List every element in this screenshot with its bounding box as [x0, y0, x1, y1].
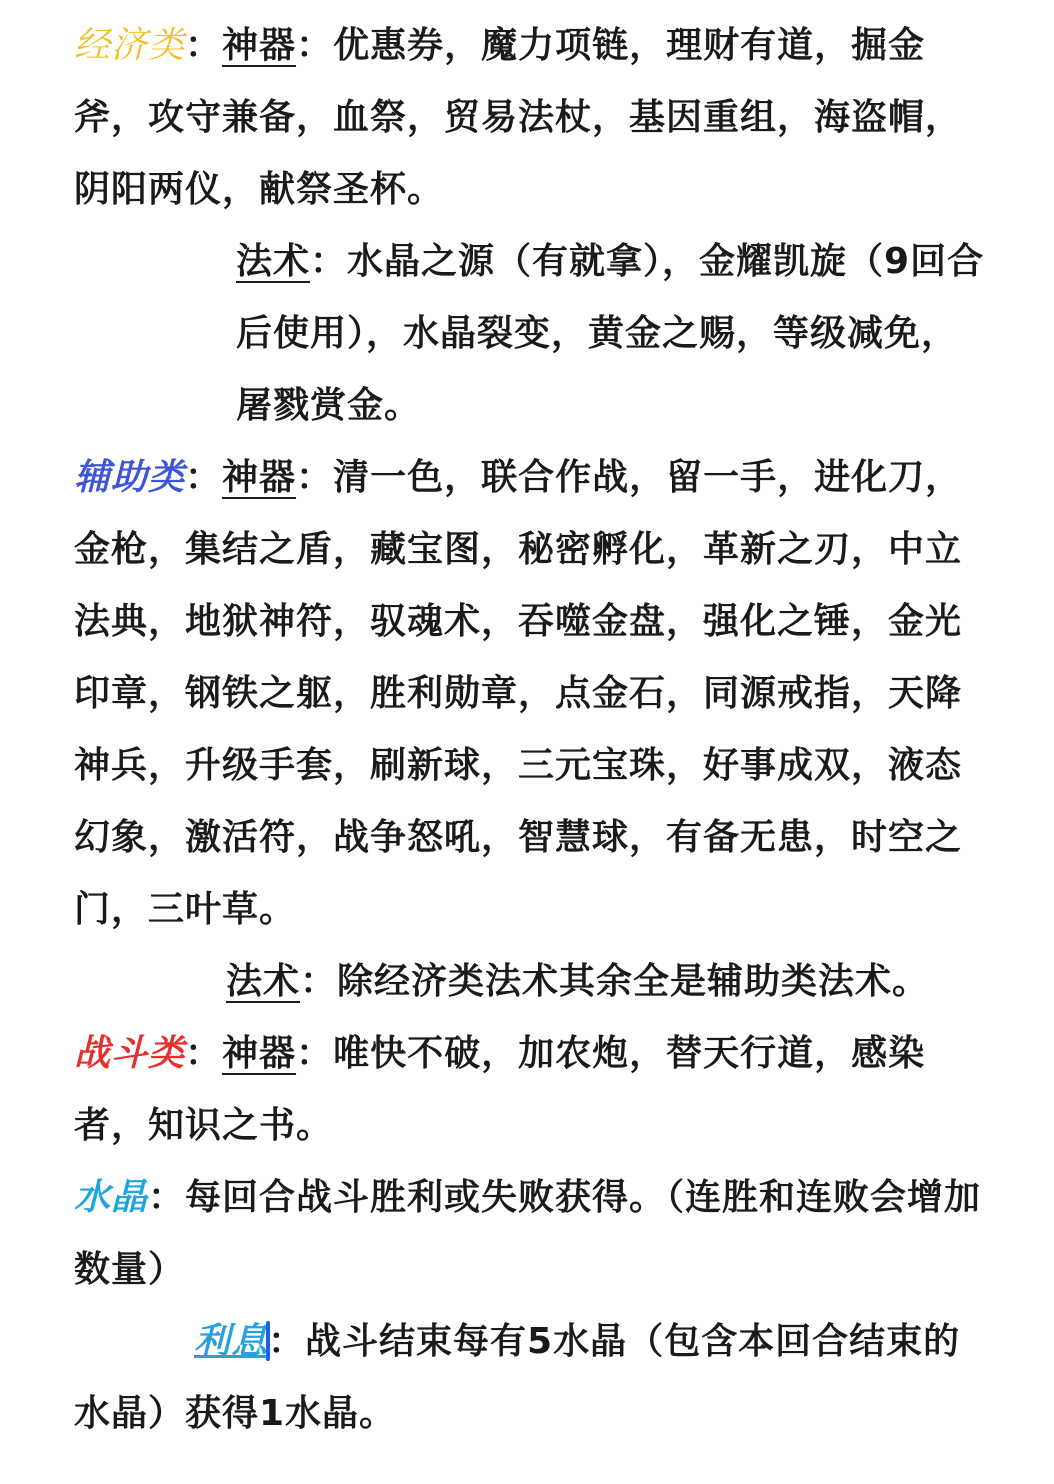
- category-economy: 经济类: [74, 25, 185, 66]
- support-artifacts-paragraph[interactable]: 辅助类：神器：清一色，联合作战，留一手，进化刀，金枪，集结之盾，藏宝图，秘密孵化…: [74, 442, 994, 946]
- crystal-text: 每回合战斗胜利或失败获得。（连胜和连败会增加数量）: [74, 1177, 981, 1290]
- artifacts-label: 神器: [222, 1033, 296, 1074]
- interest-label: 利息: [194, 1321, 268, 1362]
- colon: ：: [185, 457, 222, 498]
- interest-paragraph[interactable]: 利息：战斗结束每有5水晶（包含本回合结束的水晶）获得1水晶。: [74, 1306, 994, 1450]
- colon: ：: [300, 961, 337, 1002]
- colon: ：: [296, 25, 333, 66]
- colon: ：: [185, 1033, 222, 1074]
- support-artifacts-list: 清一色，联合作战，留一手，进化刀，金枪，集结之盾，藏宝图，秘密孵化，革新之刃，中…: [74, 457, 962, 930]
- economy-spells-list: 水晶之源（有就拿），金耀凯旋（9回合后使用），水晶裂变，黄金之赐，等级减免，屠戮…: [236, 241, 984, 426]
- category-support: 辅助类: [74, 457, 185, 498]
- crystal-paragraph[interactable]: 水晶：每回合战斗胜利或失败获得。（连胜和连败会增加数量）: [74, 1162, 994, 1306]
- spells-label: 法术: [226, 961, 300, 1002]
- economy-artifacts-paragraph[interactable]: 经济类：神器：优惠券，魔力项链，理财有道，掘金斧，攻守兼备，血祭，贸易法杖，基因…: [74, 10, 994, 226]
- crystal-label: 水晶: [74, 1177, 148, 1218]
- category-combat: 战斗类: [74, 1033, 185, 1074]
- document-body: 经济类：神器：优惠券，魔力项链，理财有道，掘金斧，攻守兼备，血祭，贸易法杖，基因…: [0, 0, 1054, 1450]
- artifacts-label: 神器: [222, 25, 296, 66]
- colon: ：: [296, 1033, 333, 1074]
- artifacts-label: 神器: [222, 457, 296, 498]
- colon: ：: [185, 25, 222, 66]
- support-spells-paragraph[interactable]: 法术：除经济类法术其余全是辅助类法术。: [74, 946, 994, 1018]
- colon: ：: [296, 457, 333, 498]
- colon: ：: [310, 241, 347, 282]
- economy-spells-paragraph[interactable]: 法术：水晶之源（有就拿），金耀凯旋（9回合后使用），水晶裂变，黄金之赐，等级减免…: [0, 226, 994, 442]
- colon: ：: [148, 1177, 185, 1218]
- combat-artifacts-paragraph[interactable]: 战斗类：神器：唯快不破，加农炮，替天行道，感染者，知识之书。: [74, 1018, 994, 1162]
- colon: ：: [268, 1321, 305, 1362]
- spells-label: 法术: [236, 241, 310, 282]
- support-spells-text: 除经济类法术其余全是辅助类法术。: [337, 961, 929, 1002]
